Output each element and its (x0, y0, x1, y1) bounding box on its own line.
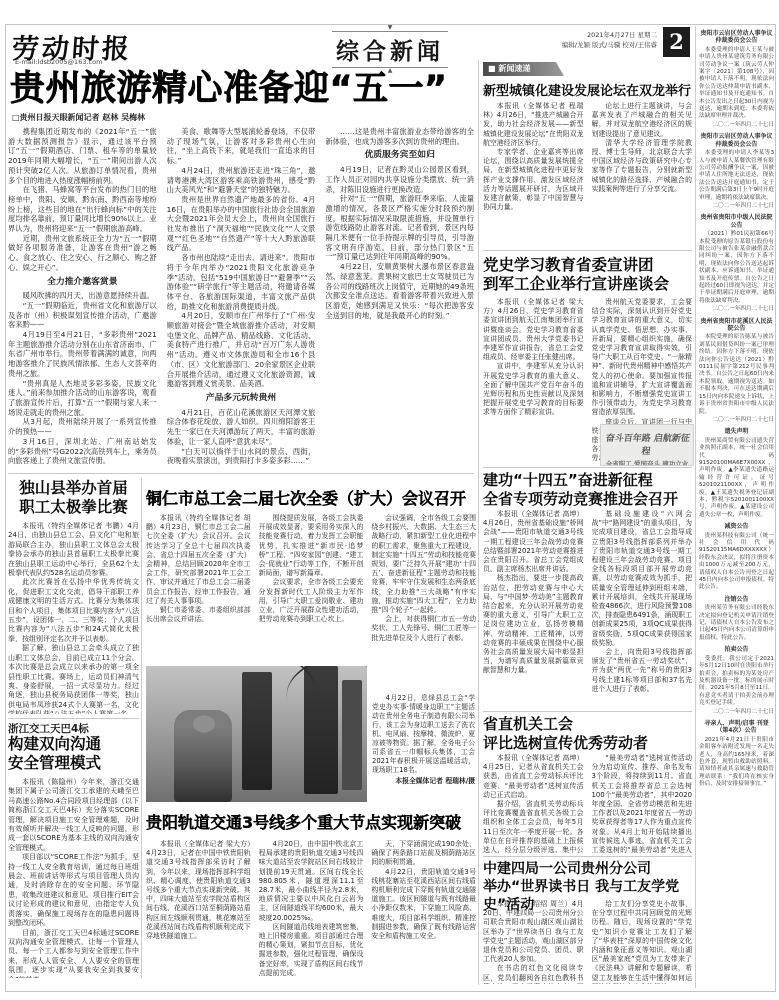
notice-heading: 贵州省贵阳市中级人民法院公告 (699, 214, 774, 229)
paragraph: 天，下穿涵洞完成190余处，确保了两条路口站前及桐荫路站区间的顺利贯通。 (371, 840, 476, 868)
photo-credit: 本报全媒体记者 程瑞林/摄 (372, 777, 475, 786)
column: 本报讯（全媒体记者 高坤）4月25日，记者从省直机关工会获悉，由省直工会劳动标兵… (483, 754, 584, 854)
paragraph: 基础设施建设“六网会战”中“路网建设”的重头项目，为完成项目建设，省总工会指导成… (592, 510, 693, 648)
notice-paragraph: （2021）黔01民初第66号 本院受理的原告某银行股份有限公司与被告张某金融借… (699, 231, 774, 305)
badge-square-icon: ■ (488, 64, 496, 73)
paragraph: 杨杰指出，要进一步提高政治站位，把劳动竞赛与中心大局、与“中国梦·劳动美”主题教… (483, 574, 584, 675)
news-badge: ■ 新闻速递 (483, 62, 564, 76)
column: 天，下穿涵洞完成190余处，确保了两条路口站前及桐荫路站区间的顺利贯通。4月22… (371, 840, 476, 980)
notice-block: 减资公告贵州某科技有限公司（统一社会信用代码91520115MA6DXXXXXX… (699, 523, 774, 592)
caption-text: 4月22日，息烽县总工会“学党史办实事·情暖身边职工”主题活动在贵州全务电子制造… (372, 694, 475, 775)
column: 本报讯（全媒体记者 程瑞林）4月26日，“推进产城融合开发，助力社会经济发展——… (483, 102, 584, 248)
lead-column-2: 美食、歌舞等大型展演轮番登场，不仅带动了现场气氛，让游客对多彩贵州心生向往，“坐… (167, 127, 316, 470)
paragraph: 会议要求，全市各级工会要充分发挥新时代工人阶级主力军作用，引导广大职工爱岗敬业、… (259, 578, 364, 624)
notice-block: 贵阳市云岩区劳动人事争议仲裁委员会公告本委受理的申请人王某与被申请人贵州某建筑劳… (699, 30, 774, 129)
paragraph: 近期，贵州文旅系统正全力为“五一”假期做好各项服务准备，让游客在贵州“游之畅心、… (8, 234, 157, 273)
article-title-metro: 贵阳轨道交通3号线多个重大节点实现新突破 (146, 810, 476, 833)
paragraph: 针对“五一”假期，旅游旺季来临、人流量激增的情况，各景区严格实施分时段预约制度，… (325, 194, 474, 262)
column: 基础设施建设“六网会战”中“路网建设”的重头项目，为完成项目建设，省总工会指导成… (592, 510, 693, 708)
column: 4月20日，由中国中铁北京工程局承建的贵阳轨道交通3号线四味大道站至农学院站区间… (259, 840, 364, 980)
article-title-urbanization: 新型城镇化建设发展论坛在双龙举行 (483, 80, 692, 99)
article-title-model-workers: 省直机关工会 评比选树宣传优秀劳动者 (483, 715, 692, 752)
paragraph: 清华大学经济管理学院教授、博士生导师，北京联合大学中国区域经济与政策研究中心专家… (592, 139, 693, 194)
paragraph: 围绕提质发展，各级工会执委开展成效显著，要采用务实深入的技能竞赛行动，着力发挥工… (259, 514, 364, 578)
lead-article-body: 携程集团近期发布的《2021年“五一”旅游大数据预测报告》显示，通过该平台预订“… (8, 127, 474, 470)
notice-paragraph: 本委受理的申请人李某等3人与被申请人某餐饮管理有限公司劳动报酬争议一案，因被申请… (699, 150, 774, 202)
column: 本报讯（王绍绍 周兰）4月20日，中建四局一公司贵州分公司联合贵阳市观山湖区观山… (483, 900, 584, 984)
divider-right-3 (483, 711, 692, 712)
title-line: 建功“十四五”奋进新征程 (483, 471, 692, 490)
notice-sign: 二〇二一年四月二十七日 (699, 417, 774, 424)
notice-sign: 二〇二一年四月二十七日 (699, 203, 774, 210)
article-title-tongren: 铜仁市总工会二届七次全委（扩大）会议召开 (146, 486, 476, 509)
paragraph: 暖风吹拂的四月天，出游意愿持续升温。 (8, 291, 157, 301)
paragraph: 会上，向贵阳3号线指挥部颁发了“贵州省五一劳动奖状”，并为获“两优一先”称号的贵… (592, 648, 693, 694)
notice-block: 寻亲人、声明/启事 刊登（第4次）公告2021年4月21日于贵阳市金阳客车站附近… (699, 720, 774, 789)
paragraph: 据了解，独山县总工会牵头成立了独山职工文体总会，目前已成立11个分会。本次比赛是… (8, 644, 139, 714)
lead-column-3: ……这是贵州丰富旅游业态带给游客的全新体验，也成为游客多次到访贵州的理由。优质服… (325, 127, 474, 470)
paragraph: 本报讯（陈隐州）今年来，浙江交通集团下属子公司浙江交工承建的天峨至巴马高速公路N… (8, 778, 139, 853)
notice-heading: 遗失声明 (699, 428, 774, 435)
notice-paragraph: 2021年4月21日于贵阳市金阳客车站附近发现一名走失老人，身高约165厘米，着… (699, 737, 774, 789)
page-number: 2 (663, 27, 690, 57)
subhead: 优质服务宾至如归 (325, 151, 474, 161)
paragraph: ……这是贵州丰富旅游业态带给游客的全新体验，也成为游客多次到访贵州的理由。 (325, 127, 474, 146)
column: “最美劳动者”选树宣传活动分为启动宣传、推荐、命名发布3个阶段，将持续到11月。… (592, 754, 693, 854)
title-line: 全省专项劳动竞赛推进会召开 (483, 490, 692, 509)
paragraph: 本报讯（全媒体记者 程瑞林）4月26日，“推进产城融合开发，助力社会经济发展——… (483, 102, 584, 148)
article-body-competition: 本报讯（全媒体记者 高坤）4月26日，贵州省基础设施“桥网会战”——贵阳市轨道交… (483, 510, 692, 708)
rule-left-column (141, 478, 142, 978)
lead-byline: □贵州日报天眼新闻记者 赵林 吴梅林 (12, 112, 145, 123)
notice-paragraph: 受委托，我公司定于2021年5月12日10时在贵阳市举行拍卖会，拍卖标的为某处房… (699, 656, 774, 708)
notice-heading: 贵阳市云岩区劳动人事争议仲裁委员会公告 (699, 30, 774, 45)
paragraph: 给工友们分享党史小故事，在分享过程中共同回顾党的光辉历程。随后，现场设置的“学党… (592, 900, 693, 984)
divider-top-bottom (8, 473, 474, 474)
paragraph: 携程集团近期发布的《2021年“五一”旅游大数据预测报告》显示，通过该平台预订“… (8, 127, 157, 185)
paragraph: 3月16日，深圳北站、广州南站始发的“多彩贵州”号G2022次高铁列车上，乘务员… (8, 437, 157, 466)
paragraph: 目前，浙江交工天巴4标通过SCORE双向沟通安全管理模式，让每一个管理人员、每一… (8, 929, 139, 979)
paragraph: 论坛上进行主题演讲，与会嘉宾发表了产城融合的相关见解，并对双龙航空港经济区的规划… (592, 102, 693, 139)
paragraph: 各市州也陆续“走出去、请进来”。贵阳市将于今年内举办“2021贵阳文化旅游竞争季… (167, 253, 316, 311)
paragraph: 会上，对获得铜仁市五一劳动奖状、工人先锋号、铜仁工匠等一批先进单位及个人进行了表… (371, 615, 476, 643)
paragraph: 4月22日，贵阳轨道交通3号线桃花寨站至花溪西站区间右线盾构机顺利完成下穿既有轨… (371, 868, 476, 942)
notice-heading: 寻亲人、声明/启事 刊登（第4次）公告 (699, 720, 774, 735)
subhead: 全力推介邀客赏景 (8, 278, 157, 288)
column: 论坛上进行主题演讲，与会嘉宾发表了产城融合的相关见解，并对双龙航空港经济区的规划… (592, 102, 693, 248)
notice-heading: 贵州省贵阳市花溪区人民法院公告 (699, 318, 774, 333)
column: 本报讯（全媒体记者 高坤）4月26日，贵州省基础设施“桥网会战”——贵阳市轨道交… (483, 510, 584, 708)
notice-paragraph: 贵州某劳务有限公司经股东决定拟向登记机关申请注销登记，请债权人自本公告发布之日起… (699, 605, 774, 642)
paragraph: 本报讯（全媒体记者 高坤）4月26日，贵州省基础设施“桥网会战”——贵阳市轨道交… (483, 510, 584, 574)
title-line: 独山县举办首届 (8, 479, 139, 498)
paragraph: 贵州航天党委要求，工会要结合实际，深刻认识到开好党史学习教育宣讲的重大意义，切实… (592, 298, 693, 418)
paragraph: 会议强调，全市各级工会要围绕乡村振兴、大数据、大生态三大战略行动，紧扣新型工业化… (371, 514, 476, 615)
promo-subline: 全省职工 爱国奋斗 建功立业 (601, 459, 693, 466)
notice-paragraph: 本院受理的原告陈某与被告刘某民间借贷纠纷一案已审理终结。因你方下落不明，现依法向… (699, 334, 774, 415)
news-photo (146, 666, 367, 802)
column: 会议强调，全市各级工会要围绕乡村振兴、大数据、大生态三大战略行动，紧扣新型工业化… (371, 514, 476, 662)
promo-slogan: 奋斗百年路 启航新征程 (600, 431, 694, 457)
notice-sign: 二〇二一年四月二十七日 (699, 122, 774, 129)
notice-block: 贵州省贵阳市中级人民法院公告（2021）黔01民初第66号 本院受理的原告某银行… (699, 214, 774, 313)
paragraph: “最美劳动者”选树宣传活动分为启动宣传、推荐、命名发布3个阶段，将持续到11月。… (592, 754, 693, 854)
paragraph: 本报讯（特约全媒体记者 韦鹏）4月24日，由独山县总工会、县文化广电和旅游局联合… (8, 522, 139, 578)
divider-right-4 (483, 856, 692, 857)
article-body-zhejiang: 本报讯（陈隐州）今年来，浙江交通集团下属子公司浙江交工承建的天峨至巴马高速公路N… (8, 778, 139, 978)
title-line: 到军工企业举行宣讲座谈会 (483, 275, 692, 294)
article-kicker-zhejiang: 浙江交工天巴4标 (8, 721, 139, 736)
notice-block: 贵州省贵阳市花溪区人民法院公告本院受理的原告陈某与被告刘某民间借贷纠纷一案已审理… (699, 318, 774, 425)
paragraph: 4月22日，安顺黄果树大瀑布景区春意盎然、绿意葱茏。黄果树文旅巴士女驾驶员已为各… (325, 262, 474, 320)
badge-label: 新闻速递 (498, 64, 530, 73)
lead-column-1: 携程集团近期发布的《2021年“五一”旅游大数据预测报告》显示，通过该平台预订“… (8, 127, 157, 470)
paragraph: “五一”假期临近，贵州省文化和旅游厅以及各市（州）积极谋划宣传推介活动，广邀游客… (8, 301, 157, 330)
title-line: 安全管理模式 (8, 754, 139, 773)
article-body-metro: 本报讯（全媒体记者 梁大方）4月23日，记者在中国中铁贵阳轨道交通3号线指挥部采… (146, 840, 476, 980)
paragraph: 4月24日，贵州旅游还走进“珠三角”，邀请粤港澳大湾区游客乘高铁游贵州，感受“黔… (167, 166, 316, 195)
column: 本报讯（全媒体记者 梁大方）4月26日，党史学习教育省委宣讲团到航天江南集团举行… (483, 298, 584, 462)
article-title-taichi: 独山县举办首届 职工太极拳比赛 (8, 479, 139, 517)
notice-paragraph: 贵州某科技有限公司（统一社会信用代码91520115MA6DXXXXXX）经股东… (699, 533, 774, 592)
paragraph: 4月19日，记者在黔灵山公园景区看到，工作人员正对园内共享设施分类摆放、统一消杀… (325, 165, 474, 194)
article-body-model-workers: 本报讯（全媒体记者 高坤）4月25日，记者从省直机关工会获悉，由省直工会劳动标兵… (483, 754, 692, 854)
paragraph: 美食、歌舞等大型展演轮番登场，不仅带动了现场气氛，让游客对多彩贵州心生向往，“坐… (167, 127, 316, 166)
paragraph: 4月20日，由中国中铁北京工程局承建的贵阳轨道交通3号线四味大道站至农学院站区间… (259, 840, 364, 923)
title-line: 评比选树宣传优秀劳动者 (483, 734, 692, 753)
paragraph: 4月19日至4月21日，“多彩贵州”2021年主题旅游推介活动分别在山东省济南市… (8, 330, 157, 379)
notice-paragraph: 本委受理的申请人王某与被申请人贵州某建筑劳务有限公司劳动争议一案（筑云劳人仲案字… (699, 47, 774, 121)
paragraph: 项目部以“SCORE工作法”为抓手，坚持一线工人安全教育培训，通过每日班组晨会、… (8, 853, 139, 928)
paragraph: 贵州是世界自然遗产地最多的省份。4月16日，在贵阳举办的中国旅行社协会全国旅游大… (167, 195, 316, 253)
rule-main-right (478, 60, 479, 985)
paragraph: 专家学者、企业嘉宾等出席论坛，围绕以高质量发展统揽全局，在新型城镇化进程中更好发… (483, 148, 584, 212)
article-body-reading-day: 本报讯（王绍绍 周兰）4月20日，中建四局一公司贵州分公司联合贵阳市观山湖区观山… (483, 900, 692, 984)
paragraph: 铜仁市委常委、市委组织部部长出席会议并讲话。 (146, 606, 251, 624)
newspaper-page: 劳动时报 E-mail:ldsb2005@163.com ▼ 综合新闻 ▲ 20… (0, 0, 779, 1000)
divider-right-2 (483, 467, 692, 468)
paragraph: “贵州真是人杰地灵多彩多姿，民族文化迷人。”前来参加推介活动的山东游客说，观看了… (8, 379, 157, 418)
notice-block: 贵阳市云岩区劳动人事争议仲裁委员会公告本委受理的申请人李某等3人与被申请人某餐饮… (699, 133, 774, 210)
paragraph: 本报讯（特约全媒体记者 胡鹏）4月23日，铜仁市总工会二届七次全委（扩大）会议召… (146, 514, 251, 606)
paragraph: 在书店的红色文化阅读专区，党员们翻阅各自红色教科书籍中选一段自己喜欢的内容，用通… (483, 964, 584, 984)
divider-left-articles (8, 718, 139, 719)
paragraph: 此次比赛旨在弘扬中华优秀传统文化，促进职工文化交流，倡导干部职工养成健康文明的生… (8, 578, 139, 644)
article-body-taichi: 本报讯（特约全媒体记者 韦鹏）4月24日，由独山县总工会、县文化广电和旅游局联合… (8, 522, 139, 714)
notice-paragraph: 贵州某商贸有限公司遗失营业执照正副本，统一社会信用代码91520100MA6E7… (699, 438, 774, 519)
paragraph: 宣讲中，李建军从充分认识开展党史学习教育的重大意义、全面了解中国共产党百年奋斗的… (483, 362, 584, 417)
column: 本报讯（全媒体记者 梁大方）4月23日，记者在中国中铁贵阳轨道交通3号线指挥部采… (146, 840, 251, 980)
classifieds-column: 贵阳市云岩区劳动人事争议仲裁委员会公告本委受理的申请人王某与被申请人贵州某建筑劳… (699, 27, 774, 987)
photo-caption: 4月22日，息烽县总工会“学党史办实事·情暖身边职工”主题活动在贵州全务电子制造… (372, 694, 475, 806)
date-line: 2021年4月27日 星期二 (545, 31, 657, 41)
paragraph: 本报讯（全媒体记者 梁大方）4月26日，党史学习教育省委宣讲团到航天江南集团举行… (483, 298, 584, 362)
paragraph: 本报讯（王绍绍 周兰）4月20日，中建四局一公司贵州分公司联合贵阳市观山湖区观山… (483, 900, 584, 964)
notice-heading: 注销公告 (699, 596, 774, 603)
notice-heading: 减资公告 (699, 523, 774, 530)
article-body-tongren: 本报讯（特约全媒体记者 胡鹏）4月23日，铜仁市总工会二届七次全委（扩大）会议召… (146, 514, 476, 662)
paragraph: 本报讯（全媒体记者 梁大方）4月23日，记者在中国中铁贵阳轨道交通3号线指挥部采… (146, 840, 251, 941)
column: 围绕提质发展，各级工会执委开展成效显著，要采用务实深入的技能竞赛行动，着力发挥工… (259, 514, 364, 662)
lead-headline: 贵州旅游精心准备迎“五一” (10, 61, 476, 111)
article-title-zhejiang: 构建双向沟通 安全管理模式 (8, 735, 139, 773)
paragraph: 区间隧道沿线地表建筑密集，地上旧楼房重重。项目部通过合理的精心策划，紧扣节点目标… (259, 923, 364, 978)
article-title-party-history: 党史学习教育省委宣讲团 到军工企业举行宣讲座谈会 (483, 256, 692, 294)
column: 本报讯（特约全媒体记者 胡鹏）4月23日，铜仁市总工会二届七次全委（扩大）会议召… (146, 514, 251, 662)
notice-heading: 贵阳市云岩区劳动人事争议仲裁委员会公告 (699, 133, 774, 148)
paragraph: “白天可以徜徉于山水间的景点、西街，夜晚看实景演出，到贵阳打卡多姿多彩……” (167, 447, 316, 466)
title-line: 中建四局一公司贵州分公司 (483, 860, 692, 878)
title-line: 省直机关工会 (483, 715, 692, 734)
column: 给工友们分享党史小故事，在分享过程中共同回顾党的光辉历程。随后，现场设置的“学党… (592, 900, 693, 984)
title-line: 党史学习教育省委宣讲团 (483, 256, 692, 275)
notice-sign: 二〇二一年四月二十七日 (699, 306, 774, 313)
date-block: 2021年4月27日 星期二 编辑/龙颖 版式/马骥 校对/王伟睿 (545, 31, 657, 50)
photo-worker-silhouette (174, 710, 232, 802)
divider-right-1 (483, 250, 692, 251)
title-line: 职工太极拳比赛 (8, 498, 139, 517)
title-line: 构建双向沟通 (8, 735, 139, 754)
article-title-competition: 建功“十四五”奋进新征程 全省专项劳动竞赛推进会召开 (483, 471, 692, 508)
paragraph: 4月22日，息烽县总工会“学党史办实事·情暖身边职工”主题活动在贵州全务电子制造… (372, 694, 475, 775)
article-body-urbanization: 本报讯（全媒体记者 程瑞林）4月26日，“推进产城融合开发，助力社会经济发展——… (483, 102, 692, 248)
paragraph: 本报讯（全媒体记者 高坤）4月25日，记者从省直机关工会获悉，由省直工会劳动标兵… (483, 754, 584, 800)
paragraph: 从3月起，贵州陆续开展了一系列宣传推介的预热—— (8, 417, 157, 436)
paragraph: 4月21日，百花山花溪旅游区天河潭文旅综合体春花绽放、游人如织。四川绵阳游客王先… (167, 408, 316, 447)
notice-block: 遗失声明贵州某商贸有限公司遗失营业执照正副本，统一社会信用代码91520100M… (699, 428, 774, 519)
notice-block: 注销公告贵州某劳务有限公司经股东决定拟向登记机关申请注销登记，请债权人自本公告发… (699, 596, 774, 642)
notice-sign: 二〇二一年四月二十七日 (699, 709, 774, 716)
paragraph: 在飞猪、马蜂窝等平台发布的热门目的地榜单中，贵阳、安顺、黔东南、黔西南等地纷纷上… (8, 185, 157, 234)
staff-line: 编辑/龙颖 版式/马骥 校对/王伟睿 (545, 41, 657, 51)
paragraph: 据介绍，省直机关劳动标兵评比竞赛覆盖省直机关各级工会组织和全体工会会员，每年5月… (483, 800, 584, 854)
subhead: 产品多元玩转贵州 (167, 394, 316, 404)
paragraph: 4月20日，安顺市在广州举行了“广州·安顺旅游对接会”暨全域旅游推介活动，对安顺… (167, 311, 316, 389)
notice-heading: 拍卖公告 (699, 646, 774, 653)
rule-classifieds (695, 26, 696, 988)
promo-banner: 奋斗百年路 启航新征程 全省职工 爱国奋斗 建功立业 (600, 424, 694, 466)
notice-block: 拍卖公告受委托，我公司定于2021年5月12日10时在贵阳市举行拍卖会，拍卖标的… (699, 646, 774, 716)
